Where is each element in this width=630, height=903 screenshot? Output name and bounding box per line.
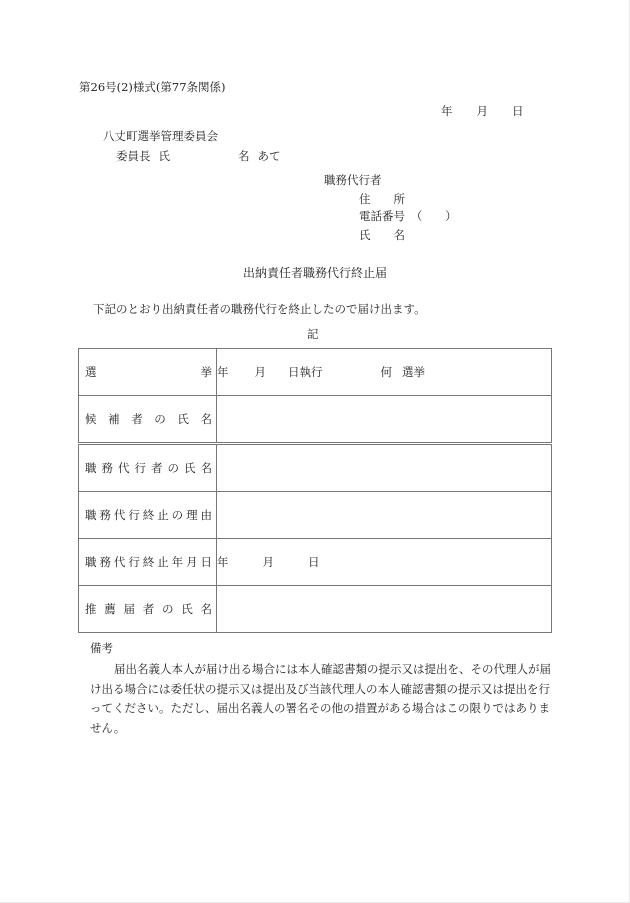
chair-mei: 名 <box>238 149 250 163</box>
chair-title: 委員長 <box>116 149 151 163</box>
termination-year-label: 年 <box>217 554 229 570</box>
nominator-name-value[interactable] <box>217 586 552 633</box>
table-row-termination-date: 職 務 代 行 終 止 年 月 日 年月日 <box>79 539 552 586</box>
termination-reason-value[interactable] <box>217 492 552 539</box>
table-row-candidate: 候 補 者 の 氏 名 <box>79 396 552 444</box>
label-char: 止 <box>157 507 169 523</box>
date-month-label: 月 <box>477 106 489 118</box>
label-char: 挙 <box>201 364 213 380</box>
submission-date: 年月日 <box>441 106 524 118</box>
table-row-termination-reason: 職 務 代 行 終 止 の 理 由 <box>79 492 552 539</box>
address-label: 住 所 <box>359 194 405 206</box>
addressee: 八丈町選挙管理委員会 <box>103 131 218 143</box>
name-label: 氏 名 <box>359 230 405 242</box>
label-char: 職 <box>85 554 97 570</box>
label-char: 月 <box>186 554 198 570</box>
label-char: 選 <box>85 364 97 380</box>
termination-date-label: 職 務 代 行 終 止 年 月 日 <box>79 539 217 586</box>
label-char: 行 <box>135 460 147 476</box>
label-char: 日 <box>201 554 213 570</box>
label-char: 名 <box>201 601 213 617</box>
table-row-election: 選 挙 年月日執行何選挙 <box>79 349 552 396</box>
document-body: 下記のとおり出納責任者の職務代行を終止したので届け出ます。 <box>93 304 426 316</box>
election-label: 選 挙 <box>79 349 217 396</box>
election-year-label: 年 <box>217 364 229 380</box>
remarks-heading: 備考 <box>90 643 113 655</box>
form-table: 選 挙 年月日執行何選挙 候 補 者 の 氏 名 職 務 代 <box>78 348 552 633</box>
chair-shi: 氏 <box>159 149 171 163</box>
label-char: 補 <box>108 411 120 427</box>
label-char: 務 <box>99 507 111 523</box>
ki-marker: 記 <box>307 329 319 341</box>
label-char: 者 <box>143 601 155 617</box>
label-char: 候 <box>85 411 97 427</box>
termination-date-value[interactable]: 年月日 <box>217 539 552 586</box>
label-char: 氏 <box>181 601 193 617</box>
label-char: の <box>162 601 174 617</box>
label-char: 氏 <box>184 460 196 476</box>
date-year-label: 年 <box>441 106 453 118</box>
label-char: の <box>168 460 180 476</box>
label-char: 者 <box>131 411 143 427</box>
label-char: 代 <box>114 507 126 523</box>
label-char: 職 <box>85 460 97 476</box>
remarks-text: 届出名義人本人が届け出る場合には本人確認書類の提示又は提出を、その代理人が届け出… <box>90 660 552 738</box>
label-char: 名 <box>200 411 212 427</box>
label-char: 代 <box>118 460 130 476</box>
document-title: 出納責任者職務代行終止届 <box>243 267 387 279</box>
label-char: 行 <box>128 554 140 570</box>
election-what-label: 何 <box>381 364 393 380</box>
label-char: 代 <box>114 554 126 570</box>
label-char: 務 <box>102 460 114 476</box>
termination-month-label: 月 <box>263 554 275 570</box>
agent-name-value[interactable] <box>217 444 552 492</box>
label-char: の <box>154 411 166 427</box>
election-day-label: 日執行 <box>288 364 323 380</box>
nominator-name-label: 推 薦 届 者 の 氏 名 <box>79 586 217 633</box>
candidate-name-value[interactable] <box>217 396 552 444</box>
agent-name-label: 職 務 代 行 者 の 氏 名 <box>79 444 217 492</box>
label-char: 由 <box>201 507 213 523</box>
label-char: 職 <box>85 507 97 523</box>
election-value[interactable]: 年月日執行何選挙 <box>217 349 552 396</box>
election-month-label: 月 <box>255 364 267 380</box>
label-char: 年 <box>172 554 184 570</box>
label-char: 務 <box>99 554 111 570</box>
label-char: 推 <box>85 601 97 617</box>
label-char: 氏 <box>177 411 189 427</box>
form-number: 第26号(2)様式(第77条関係) <box>79 82 226 94</box>
label-char: 名 <box>201 460 213 476</box>
date-day-label: 日 <box>512 106 524 118</box>
label-char: 者 <box>151 460 163 476</box>
termination-day-label: 日 <box>308 554 320 570</box>
label-char: 届 <box>124 601 136 617</box>
table-row-agent-name: 職 務 代 行 者 の 氏 名 <box>79 444 552 492</box>
label-char: の <box>172 507 184 523</box>
agent-role-label: 職務代行者 <box>324 175 382 187</box>
label-char: 行 <box>128 507 140 523</box>
candidate-name-label: 候 補 者 の 氏 名 <box>79 396 217 444</box>
label-char: 薦 <box>104 601 116 617</box>
termination-reason-label: 職 務 代 行 終 止 の 理 由 <box>79 492 217 539</box>
label-char: 終 <box>143 507 155 523</box>
label-char: 終 <box>143 554 155 570</box>
phone-label: 電話番号 （ ） <box>359 211 457 223</box>
election-type-label: 選挙 <box>402 364 425 380</box>
chair-ate: あて <box>258 149 281 163</box>
chair-line: 委員長氏名あて <box>116 151 281 163</box>
label-char: 止 <box>157 554 169 570</box>
label-char: 理 <box>186 507 198 523</box>
table-row-nominator: 推 薦 届 者 の 氏 名 <box>79 586 552 633</box>
